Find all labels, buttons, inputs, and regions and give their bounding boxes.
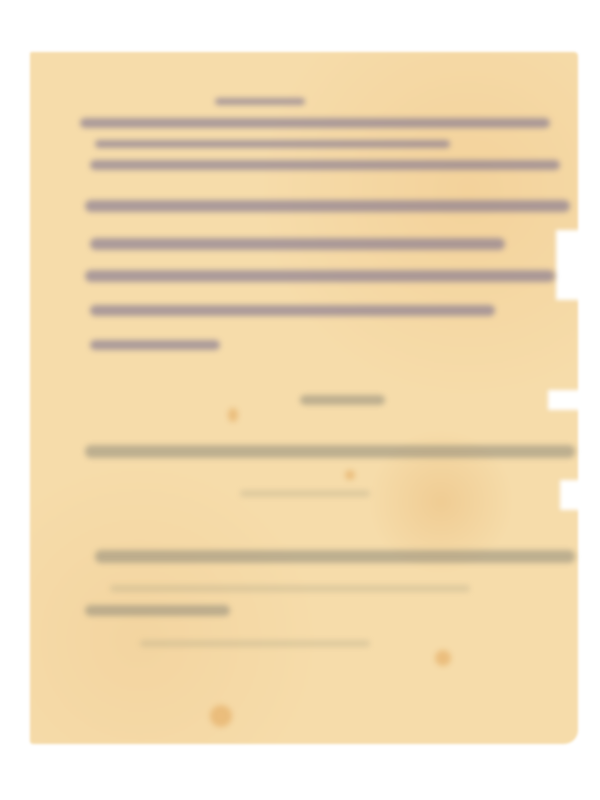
torn-edge (556, 230, 586, 300)
stain (210, 705, 232, 727)
stain (345, 470, 355, 480)
stain (228, 408, 238, 422)
torn-edge (548, 390, 588, 410)
torn-edge (560, 480, 590, 510)
stain (435, 650, 451, 666)
